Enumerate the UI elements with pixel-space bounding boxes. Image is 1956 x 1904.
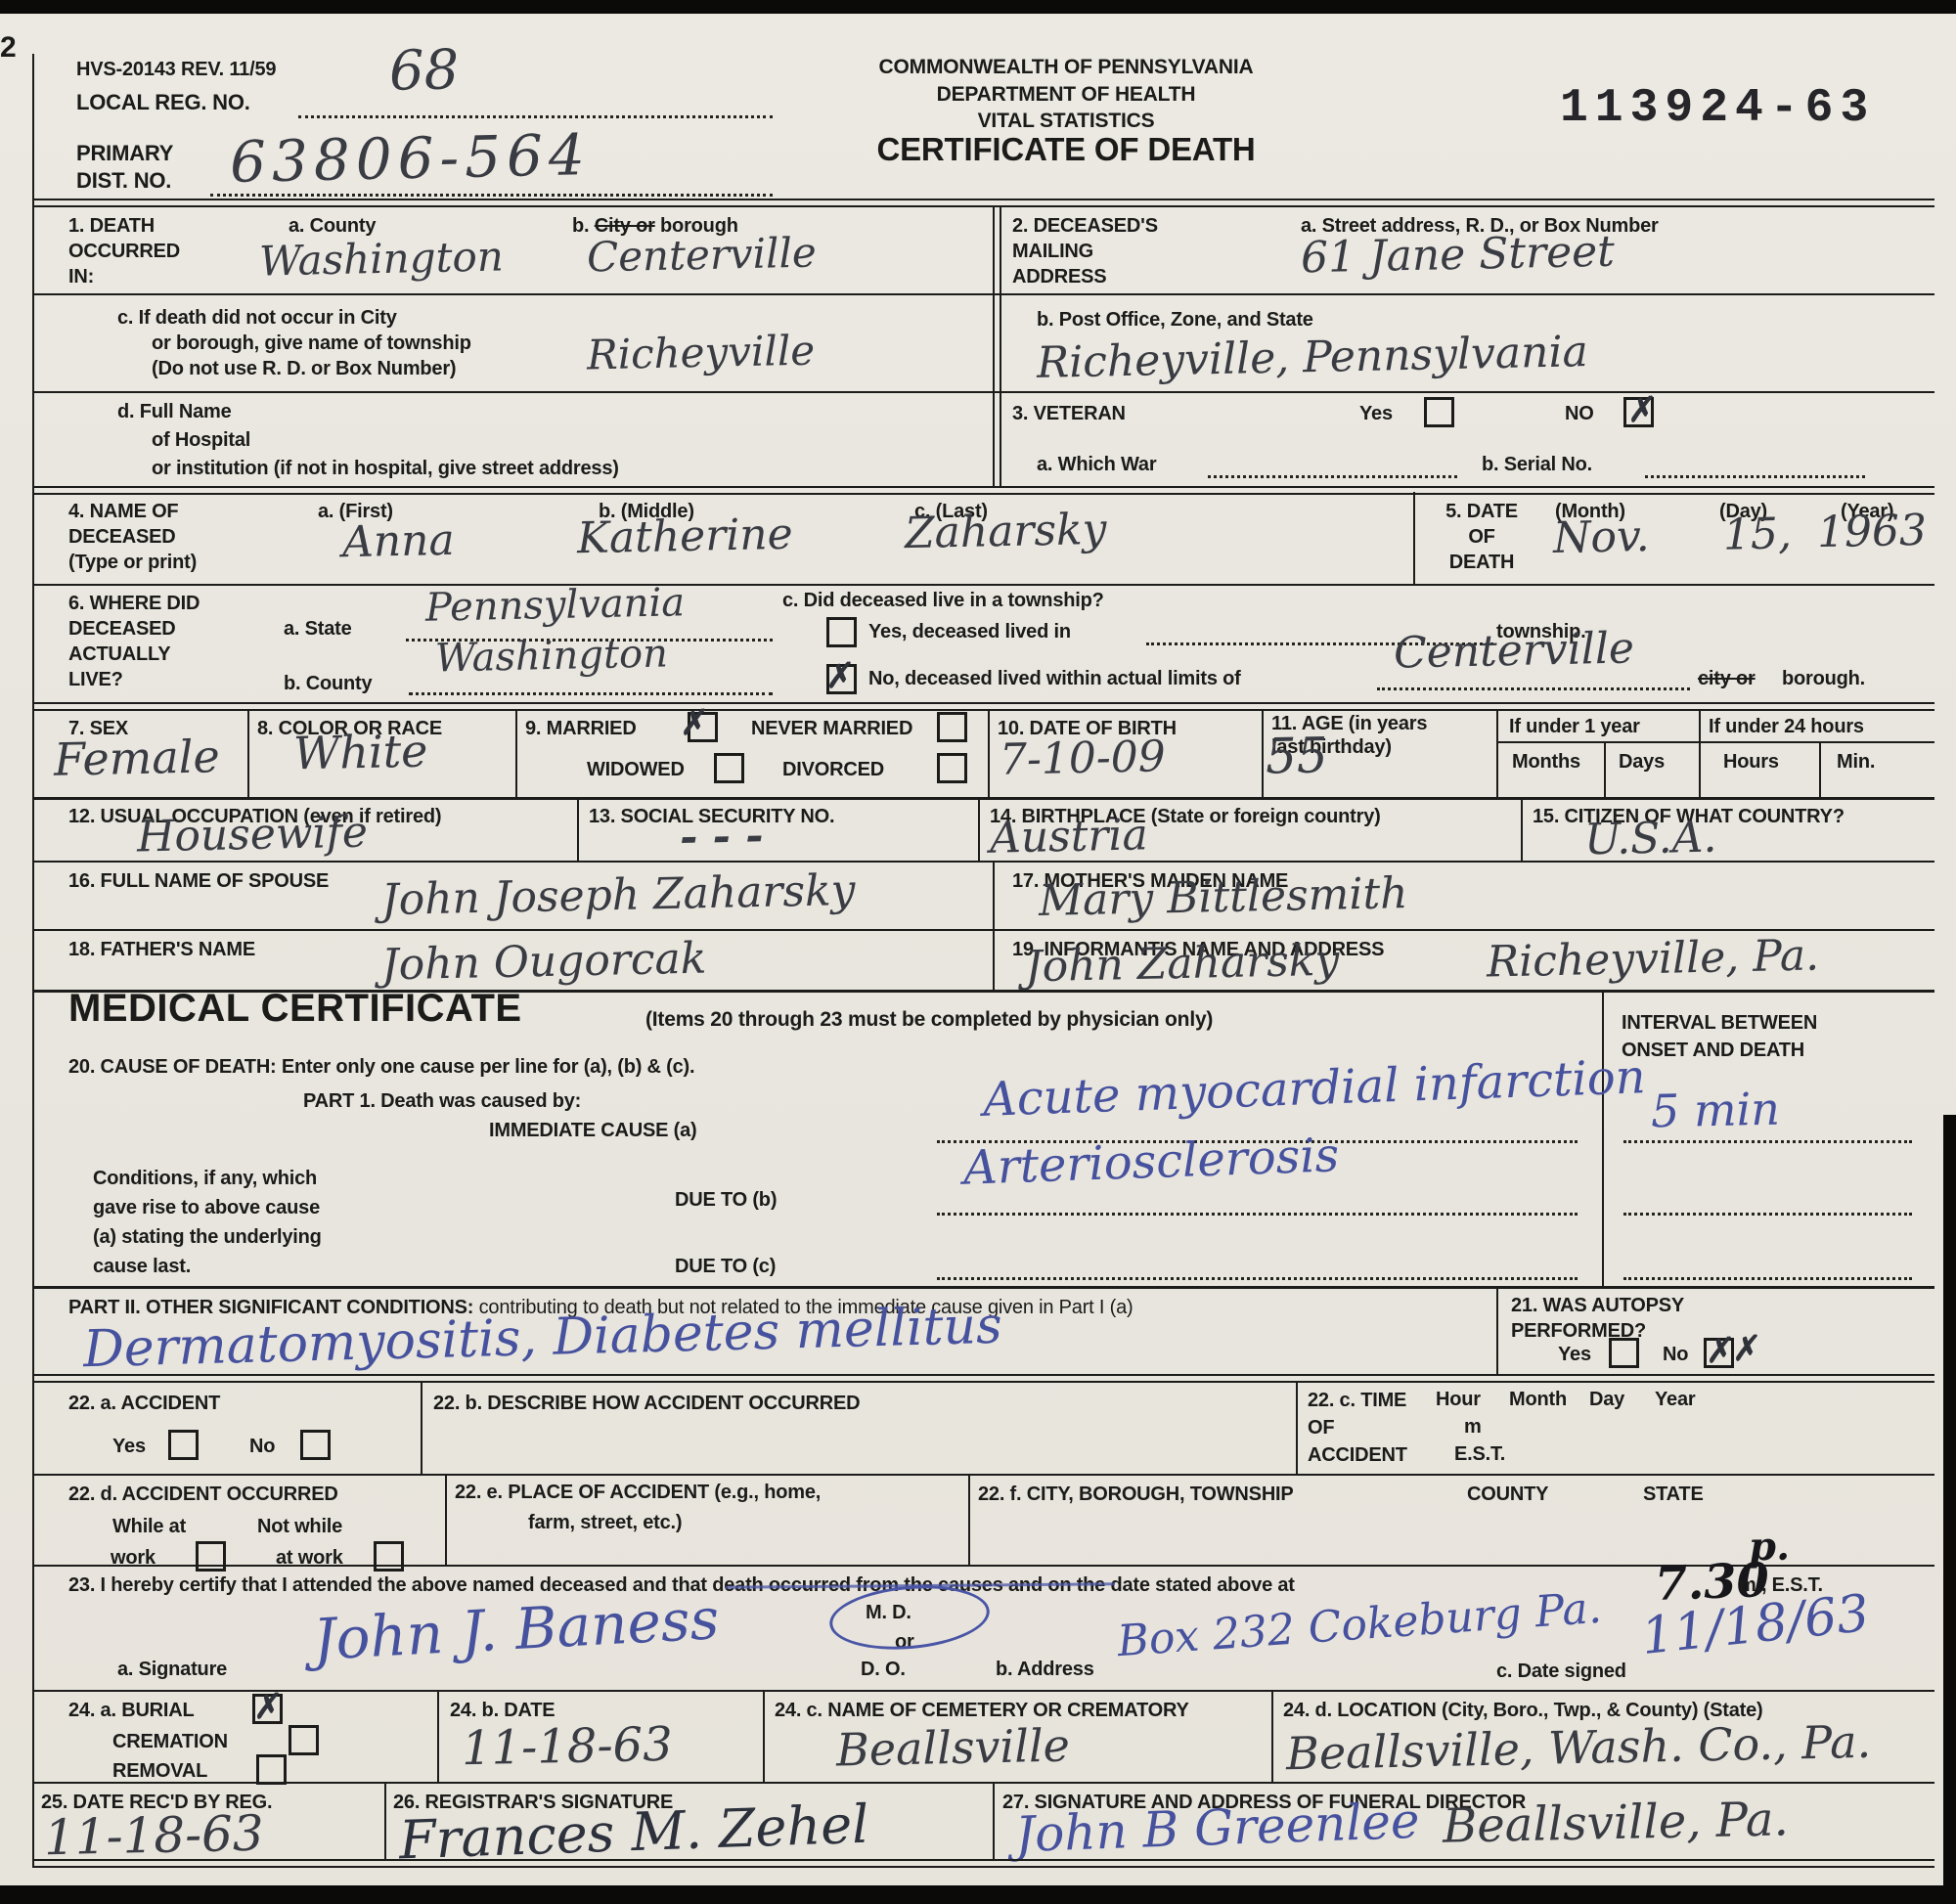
row22a-divider: [421, 1382, 422, 1474]
sec6-state-value: Pennsylvania: [425, 580, 686, 631]
sec14-value: Austria: [989, 810, 1148, 863]
row4-divider: [1413, 492, 1415, 584]
sec6c-no-value: Centerville: [1393, 623, 1634, 678]
accident-no-checkbox: [300, 1430, 331, 1460]
days-label: Days: [1619, 749, 1665, 775]
sec6c-borough-text: borough.: [1782, 666, 1865, 691]
accident-yes-label: Yes: [112, 1434, 146, 1459]
sec3-yes-label: Yes: [1359, 401, 1393, 426]
row1-bottom-line: [32, 293, 1934, 295]
accident-yes-checkbox: [168, 1430, 199, 1460]
row4-bottom-line: [32, 584, 1934, 586]
sec24c-label: 24. c. NAME OF CEMETERY OR CREMATORY: [775, 1698, 1189, 1723]
while-at-label: While at: [112, 1514, 186, 1539]
scan-top-band: [0, 0, 1956, 14]
divorced-checkbox: [937, 753, 967, 783]
under24hr-label: If under 24 hours: [1709, 714, 1864, 739]
sec1c-line1: c. If death did not occur in City: [117, 305, 397, 331]
autopsy-yes-checkbox: [1609, 1338, 1639, 1368]
row7-divider-3: [988, 710, 990, 797]
sec6c-cityor-struck: city or: [1698, 666, 1756, 691]
scan-right-band: [1943, 1115, 1956, 1897]
sec6c-yes-text: Yes, deceased lived in: [868, 619, 1071, 644]
local-reg-dotted-line: [298, 115, 773, 118]
sec22c-month: Month: [1509, 1387, 1567, 1412]
due-to-b-label: DUE TO (b): [675, 1187, 777, 1213]
local-reg-label: LOCAL REG. NO.: [76, 90, 250, 115]
do-label: D. O.: [861, 1657, 906, 1682]
interval-column-divider: [1602, 992, 1604, 1286]
sec3-no-label: NO: [1565, 401, 1594, 426]
immediate-cause-label: IMMEDIATE CAUSE (a): [489, 1118, 697, 1143]
row12-divider-1: [577, 800, 579, 861]
sec23-ampm-value: p.: [1749, 1524, 1791, 1571]
sec6-label: 6. WHERE DID DECEASED ACTUALLY LIVE?: [68, 591, 200, 692]
autopsy-no-label: No: [1663, 1342, 1688, 1367]
min-label: Min.: [1837, 749, 1875, 775]
form-bottom-divider: [32, 1859, 1934, 1868]
veteran-yes-checkbox: [1424, 397, 1454, 427]
sec6c-label: c. Did deceased live in a township?: [782, 588, 1104, 613]
row12-divider-2: [978, 800, 980, 861]
sec22d-label: 22. d. ACCIDENT OCCURRED: [68, 1482, 338, 1507]
veteran-no-x-mark-icon: ✗: [1623, 389, 1655, 429]
sec23-address-label: b. Address: [996, 1657, 1094, 1682]
sec6c-no-text: No, deceased lived within actual limits …: [868, 666, 1241, 691]
township-no-x-mark-icon: ✗: [822, 655, 853, 695]
age-subheader-line: [1496, 741, 1934, 743]
sec21-divider: [1496, 1289, 1498, 1375]
form-left-border: [32, 54, 34, 1868]
interval-b-dotted: [1623, 1213, 1912, 1216]
sec1c-line2: or borough, give name of township: [152, 331, 471, 356]
sec19-address-value: Richeyville, Pa.: [1487, 930, 1820, 987]
sec6c-no-dotted: [1377, 687, 1690, 690]
interval-a-dotted: [1623, 1140, 1912, 1143]
sec16-label: 16. FULL NAME OF SPOUSE: [68, 868, 329, 894]
township-yes-checkbox: [826, 617, 857, 647]
sec2a-value: 61 Jane Street: [1301, 227, 1616, 284]
row23-bottom-line: [32, 1690, 1934, 1692]
sec6-county-label: b. County: [284, 671, 372, 696]
sec1-label: 1. DEATH OCCURRED IN:: [68, 213, 180, 289]
sec9-widowed-label: WIDOWED: [587, 757, 685, 782]
sec1d-line3: or institution (if not in hospital, give…: [152, 456, 619, 481]
sec5-month-value: Nov.: [1552, 511, 1650, 563]
not-while-at-work-checkbox: [374, 1541, 404, 1572]
interval-a-value: 5 min: [1650, 1083, 1780, 1138]
months-label: Months: [1512, 749, 1580, 775]
while-at-work-checkbox: [196, 1541, 226, 1572]
sec22b-label: 22. b. DESCRIBE HOW ACCIDENT OCCURRED: [433, 1391, 860, 1416]
row22e-divider: [968, 1476, 970, 1565]
sec19-name-value: John Zaharsky: [1025, 936, 1340, 993]
hours-min-divider: [1819, 741, 1821, 797]
form-code: HVS-20143 REV. 11/59: [76, 57, 276, 82]
row25-divider-1: [384, 1784, 386, 1861]
sec18-value: John Ougorcak: [381, 934, 707, 991]
sec21-label: 21. WAS AUTOPSY PERFORMED?: [1511, 1293, 1684, 1344]
sec24b-date-value: 11-18-63: [461, 1717, 673, 1777]
sec13-value: - - -: [679, 811, 763, 863]
sec15-value: U.S.A.: [1583, 813, 1716, 865]
conditions-note: Conditions, if any, which gave rise to a…: [93, 1164, 322, 1281]
sec2b-label: b. Post Office, Zone, and State: [1037, 307, 1313, 332]
header-commonwealth: COMMONWEALTH OF PENNSYLVANIA: [802, 55, 1330, 80]
removal-checkbox: [256, 1754, 287, 1785]
row7-divider-1: [247, 710, 249, 797]
cause-c-dotted: [937, 1277, 1578, 1280]
sec11-value: 55: [1265, 727, 1328, 784]
married-x-mark-icon: ✗: [676, 702, 707, 742]
sec22e-label2: farm, street, etc.): [528, 1510, 682, 1535]
hours-label: Hours: [1723, 749, 1779, 775]
sec7-value: Female: [53, 730, 220, 786]
sec6-state-label: a. State: [284, 616, 352, 642]
row24-divider-1: [437, 1692, 439, 1782]
sec4-label: 4. NAME OF DECEASED (Type or print): [68, 499, 197, 575]
sec9-never-label: NEVER MARRIED: [751, 716, 912, 741]
at-work-label: at work: [276, 1545, 343, 1571]
row12-divider-3: [1521, 800, 1523, 861]
sec22f-label: 22. f. CITY, BOROUGH, TOWNSHIP: [978, 1482, 1294, 1507]
death-certificate-scan: 2 HVS-20143 REV. 11/59 LOCAL REG. NO. 68…: [0, 0, 1956, 1904]
sec3a-label: a. Which War: [1037, 452, 1156, 477]
row1-divider-b: [1000, 205, 1001, 487]
sec2-label: 2. DECEASED'S MAILING ADDRESS: [1012, 213, 1158, 289]
sec23-signature-label: a. Signature: [117, 1657, 227, 1682]
certificate-number: 113924-63: [1560, 96, 1875, 121]
sec22c-day: Day: [1589, 1387, 1624, 1412]
sec5-label: 5. DATE OF DEATH: [1423, 499, 1540, 575]
sec3b-label: b. Serial No.: [1482, 452, 1592, 477]
row7-divider-4: [1262, 710, 1264, 797]
sec1d-line2: of Hospital: [152, 427, 250, 453]
sec4-first-value: Anna: [341, 515, 455, 567]
sec3-label: 3. VETERAN: [1012, 401, 1126, 426]
row7-divider-6: [1699, 710, 1701, 797]
row16-divider: [993, 863, 995, 929]
sec24-cremation-label: CREMATION: [112, 1729, 228, 1754]
interval-header: INTERVAL BETWEEN ONSET AND DEATH: [1622, 1009, 1817, 1064]
primary-label: PRIMARY: [76, 141, 173, 166]
sec23-date-label: c. Date signed: [1496, 1659, 1626, 1684]
header-department: DEPARTMENT OF HEALTH: [802, 82, 1330, 108]
sec9-divorced-label: DIVORCED: [782, 757, 884, 782]
interval-c-dotted: [1623, 1277, 1912, 1280]
work-label: work: [111, 1545, 156, 1571]
sec24c-cemetery-value: Beallsville: [835, 1719, 1070, 1777]
certificate-title: CERTIFICATE OF DEATH: [802, 137, 1330, 162]
row22b-divider: [1296, 1382, 1298, 1474]
part2-top-line: [32, 1286, 1934, 1289]
funeral-director-address: Beallsville, Pa.: [1442, 1792, 1789, 1853]
under1yr-label: If under 1 year: [1509, 714, 1640, 739]
part1-label: PART 1. Death was caused by:: [303, 1088, 581, 1114]
sec1-city-value: Centerville: [587, 229, 818, 282]
sec10-value: 7-10-09: [999, 731, 1166, 785]
row24-divider-2: [763, 1692, 765, 1782]
row22d-divider: [445, 1476, 447, 1565]
dist-no-label: DIST. NO.: [76, 168, 171, 194]
local-reg-value: 68: [388, 38, 460, 103]
widowed-checkbox: [714, 753, 744, 783]
cause-b-dotted: [937, 1213, 1578, 1216]
sec16-value: John Joseph Zaharsky: [381, 865, 857, 925]
row12-bottom-line: [32, 861, 1934, 863]
sec12-value: Housewife: [136, 808, 368, 863]
header-divider: [32, 199, 1934, 207]
sec24-removal-label: REMOVAL: [112, 1758, 207, 1784]
row22def-bottom-line: [32, 1565, 1934, 1567]
sec22c-year: Year: [1655, 1387, 1695, 1412]
row22abc-bottom-line: [32, 1474, 1934, 1476]
never-married-checkbox: [937, 712, 967, 742]
row1-divider-a: [993, 205, 995, 487]
sec22a-label: 22. a. ACCIDENT: [68, 1391, 220, 1416]
serial-no-dotted-line: [1645, 475, 1865, 478]
burial-x-mark-icon: ✗: [249, 1686, 281, 1726]
row24-divider-3: [1271, 1692, 1273, 1782]
sec5-day-value: 15,: [1722, 509, 1792, 559]
sec6-county-dotted: [409, 692, 773, 695]
row18-divider: [993, 931, 995, 990]
sec20-label: 20. CAUSE OF DEATH: Enter only one cause…: [68, 1054, 694, 1080]
row6-bottom-divider: [32, 702, 1934, 711]
sec1c-value: Richeyville: [587, 327, 816, 379]
sec24-burial-label: 24. a. BURIAL: [68, 1698, 195, 1723]
sec25-value: 11-18-63: [43, 1805, 264, 1867]
sec18-label: 18. FATHER'S NAME: [68, 937, 255, 962]
sec22c-hour: Hour: [1436, 1387, 1481, 1412]
sec8-value: White: [292, 725, 427, 780]
scan-bottom-band: [0, 1885, 1956, 1904]
months-days-divider: [1604, 741, 1606, 797]
sec22c-label: 22. c. TIME OF ACCIDENT: [1308, 1387, 1407, 1469]
sec4-last-value: Zaharsky: [904, 505, 1107, 558]
autopsy-yes-label: Yes: [1558, 1342, 1591, 1367]
sec5-year-value: 1963: [1816, 506, 1927, 557]
not-while-label: Not while: [257, 1514, 342, 1539]
sec1-county-value: Washington: [259, 232, 505, 285]
sec1d-line1: d. Full Name: [117, 399, 232, 424]
row3-bottom-divider: [32, 486, 1934, 495]
medical-subtitle: (Items 20 through 23 must be completed b…: [645, 1007, 1213, 1033]
row16-bottom-line: [32, 929, 1934, 931]
sec22f-state: STATE: [1643, 1482, 1704, 1507]
dist-no-value: 63806-564: [229, 121, 591, 196]
which-war-dotted-line: [1208, 475, 1457, 478]
row7-divider-5: [1496, 710, 1498, 797]
sec22c-m: m: [1464, 1414, 1482, 1439]
accident-no-label: No: [249, 1434, 275, 1459]
medical-title: MEDICAL CERTIFICATE: [68, 996, 522, 1021]
sec22f-county: COUNTY: [1467, 1482, 1548, 1507]
row7-divider-2: [515, 710, 517, 797]
sec22c-est: E.S.T.: [1454, 1441, 1505, 1467]
margin-digit: 2: [0, 35, 17, 61]
sec1c-line3: (Do not use R. D. or Box Number): [152, 356, 456, 381]
sec17-value: Mary Bittlesmith: [1039, 868, 1408, 926]
row24-bottom-line: [32, 1782, 1934, 1784]
cremation-checkbox: [289, 1725, 319, 1755]
sec4-middle-value: Katherine: [576, 509, 793, 564]
row21-bottom-divider: [32, 1374, 1934, 1383]
sec22e-label1: 22. e. PLACE OF ACCIDENT (e.g., home,: [455, 1480, 821, 1505]
row25-divider-2: [993, 1784, 995, 1861]
row7-bottom-line: [32, 797, 1934, 800]
autopsy-no-extra-x-mark-icon: ✗: [1728, 1328, 1759, 1368]
sec9-married-label: 9. MARRIED: [525, 716, 637, 741]
sec6-county-value: Washington: [435, 632, 669, 682]
due-to-c-label: DUE TO (c): [675, 1254, 776, 1279]
